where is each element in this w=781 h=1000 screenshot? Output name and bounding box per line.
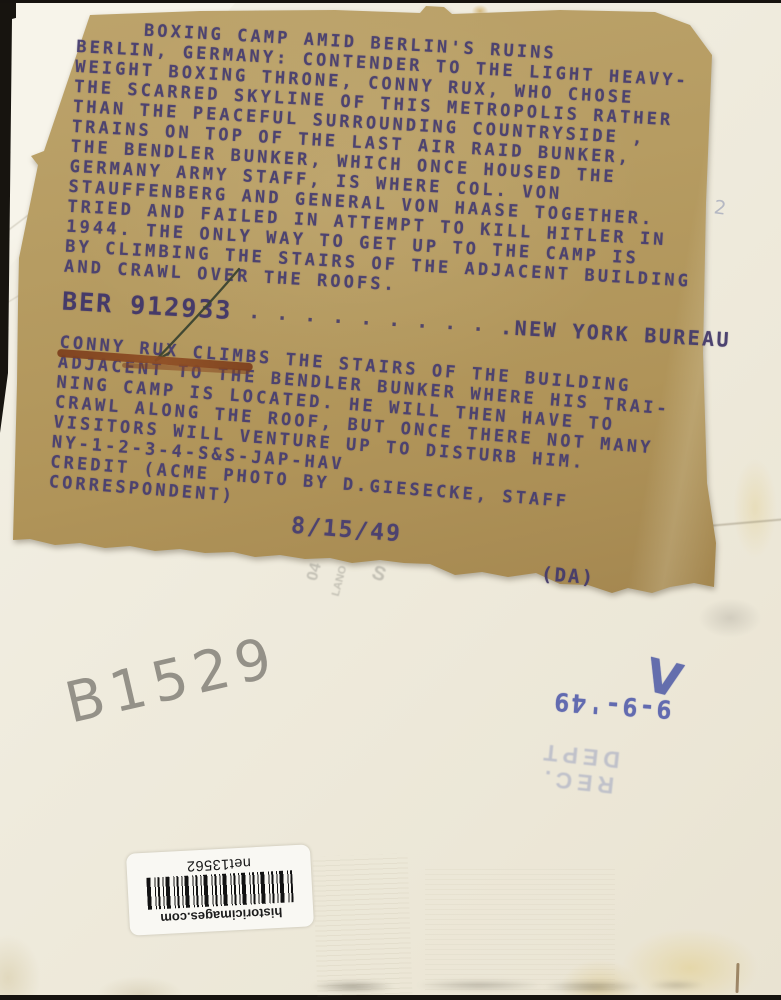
reference-number: BER 912933 — [61, 289, 233, 324]
barcode — [146, 871, 293, 911]
dotted-leader: ......... — [248, 298, 501, 338]
press-photo-back-scan: BOXING CAMP AMID BERLIN'S RUINSBERLIN, G… — [0, 0, 781, 1000]
typed-caption: BOXING CAMP AMID BERLIN'S RUINSBERLIN, G… — [48, 17, 737, 584]
received-dept-stamp: REC. DEPT — [496, 735, 661, 803]
caption-paragraph-1: BOXING CAMP AMID BERLIN'S RUINSBERLIN, G… — [63, 17, 736, 313]
handwritten-number: B1529 — [59, 625, 284, 737]
barcode-sticker: historicimages.com net13562 — [126, 844, 314, 936]
stain-mark — [735, 963, 739, 993]
sticker-code-label: net13562 — [186, 855, 251, 874]
bureau-label: .NEW YORK BUREAU — [500, 314, 732, 353]
bottom-edge-smudges — [290, 971, 710, 997]
photo-paper: BOXING CAMP AMID BERLIN'S RUINSBERLIN, G… — [0, 3, 781, 995]
